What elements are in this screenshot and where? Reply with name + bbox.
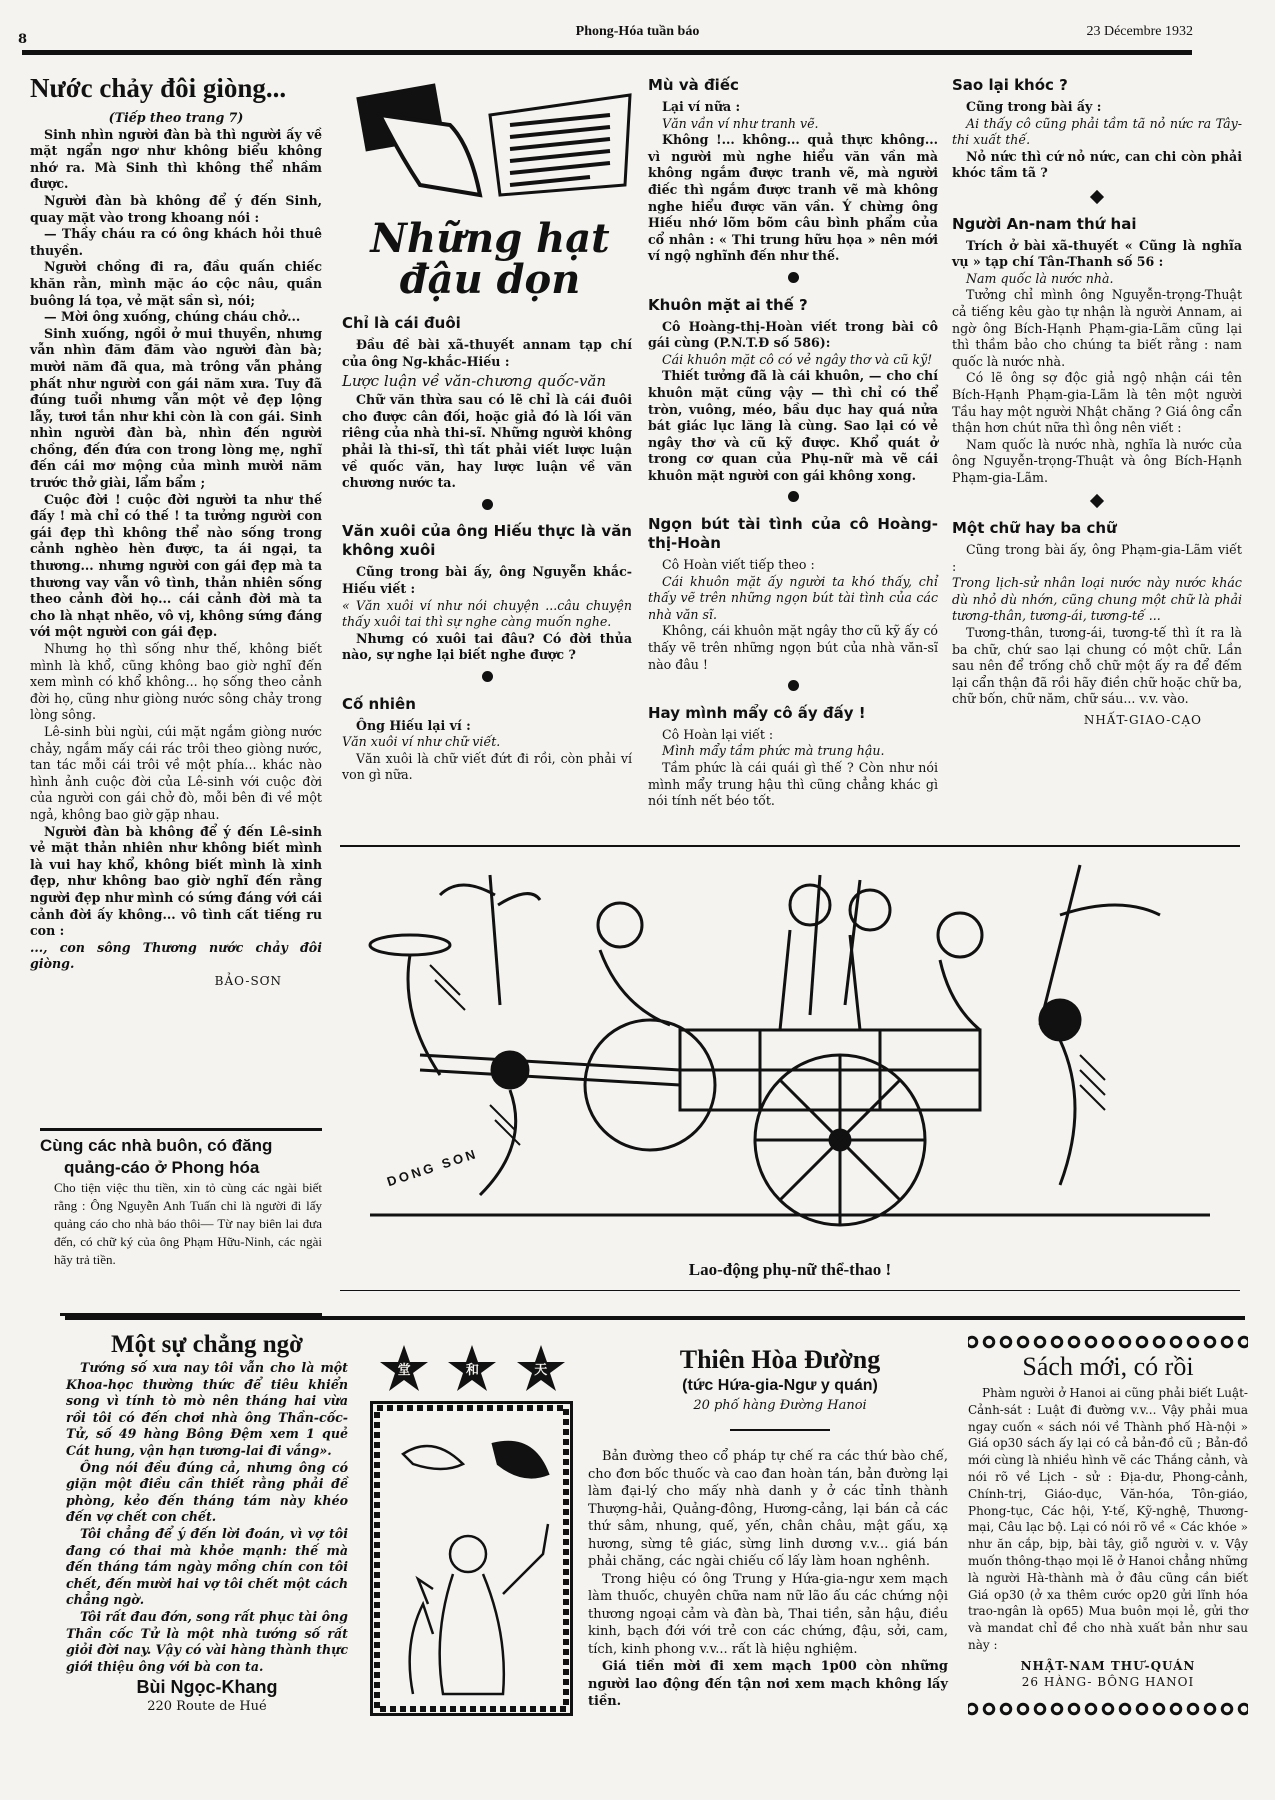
- issue-date: 23 Décembre 1932: [1086, 24, 1193, 40]
- section-paragraph: Tương-thân, tương-ái, tương-tế thì ít ra…: [952, 625, 1242, 708]
- section-paragraph: Nhưng có xuôi tai đâu? Có đời thủa nào, …: [342, 631, 632, 664]
- cartoon-caption: Lao-động phụ-nữ thể-thao !: [340, 1260, 1240, 1280]
- ads-top-rule: [65, 1316, 1245, 1320]
- story-paragraph: — Thầy cháu ra có ông khách hỏi thuê thu…: [30, 226, 322, 259]
- section-heading: Khuôn mặt ai thế ?: [648, 296, 938, 315]
- section-paragraph: Lại ví nữa :: [648, 99, 938, 116]
- story-paragraph: Người đàn bà không để ý đến Lê-sinh vẻ m…: [30, 824, 322, 940]
- continued-note: (Tiếp theo trang 7): [30, 110, 322, 127]
- section-quote: Ai thấy cô cũng phải tầm tã nỏ nức ra Tâ…: [952, 116, 1242, 149]
- story-verse: ..., con sông Thương nước chảy đôi giòng…: [30, 940, 322, 973]
- section-quote: Nam quốc là nước nhà.: [952, 271, 1242, 288]
- sage-illustration: [370, 1401, 573, 1716]
- notice-top-rule: [40, 1128, 322, 1131]
- bullet-separator: [648, 271, 938, 288]
- cartoon-illustration: DONG SON: [340, 855, 1240, 1245]
- bullet-separator: [342, 670, 632, 687]
- section-paragraph: Chữ văn thừa sau có lẽ chỉ là cái đuôi c…: [342, 392, 632, 492]
- story-paragraph: Cuộc đời ! cuộc đời người ta như thế đấy…: [30, 492, 322, 641]
- section-heading: Người An-nam thứ hai: [952, 215, 1242, 234]
- ad-paragraph: Trong hiệu có ông Trung y Hứa-gia-ngư xe…: [588, 1571, 948, 1659]
- ad-paragraph: Tướng số xưa nay tôi vẫn cho là một Khoa…: [66, 1360, 348, 1460]
- section-paragraph: Có lẽ ông sợ độc giả ngộ nhận cái tên Bí…: [952, 370, 1242, 436]
- section-paragraph: Nỏ nức thì cứ nỏ nức, can chi còn phải k…: [952, 149, 1242, 182]
- notice-headline: quảng-cáo ở Phong hóa: [40, 1157, 322, 1179]
- ad-paragraph: Bản đường theo cổ pháp tự chế ra các thứ…: [588, 1448, 948, 1571]
- story-paragraph: Nhưng họ thì sống như thế, không biết mì…: [30, 641, 322, 724]
- story-paragraph: — Mời ông xuống, chúng cháu chở...: [30, 309, 322, 326]
- ad-paragraph: Giá tiền mời đi xem mạch 1p00 còn những …: [588, 1658, 948, 1711]
- ad-title: Một sự chẳng ngờ: [66, 1330, 348, 1360]
- newspaper-title: Phong-Hóa tuần báo: [0, 24, 1275, 40]
- story-title: Nước chảy đôi giòng...: [30, 72, 322, 104]
- column-3: Mù và điếc Lại ví nữa : Văn vần ví như t…: [648, 68, 938, 810]
- section-paragraph: Tưởng chỉ mình ông Nguyễn-trọng-Thuật cả…: [952, 287, 1242, 370]
- story-column: Nước chảy đôi giòng... (Tiếp theo trang …: [30, 68, 322, 989]
- ad-paragraph: Ông nói đều đúng cả, nhưng ông có giặn m…: [66, 1460, 348, 1526]
- section-paragraph: Tầm phức là cái quái gì thế ? Còn như nó…: [648, 760, 938, 810]
- section-paragraph: Đầu đề bài xã-thuyết annam tạp chí của ô…: [342, 337, 632, 370]
- section-quote: « Văn xuôi ví như nói chuyện ...câu chuy…: [342, 598, 632, 631]
- ad-signature: Bùi Ngọc-Khang: [66, 1675, 348, 1699]
- banner-title: đậu dọn: [340, 259, 640, 301]
- bullet-separator: [648, 679, 938, 696]
- section-paragraph: Cô Hoàn lại viết :: [648, 727, 938, 744]
- women-pushing-cart-icon: [340, 855, 1240, 1245]
- section-paragraph: Thiết tưởng đã là cái khuôn, — cho chí k…: [648, 368, 938, 484]
- star-icon: 堂: [379, 1345, 429, 1393]
- masthead-rule: [22, 50, 1192, 55]
- section-quote: Trong lịch-sử nhân loại nước này nước kh…: [952, 575, 1242, 625]
- ad-paragraph: Phàm người ở Hanoi ai cũng phải biết Luậ…: [968, 1385, 1248, 1654]
- section-paragraph: Cũng trong bài ấy, ông Nguyễn khắc-Hiếu …: [342, 564, 632, 597]
- star-icon: 天: [516, 1345, 566, 1393]
- ad-title: Thiên Hòa Đường: [600, 1345, 960, 1375]
- pharmacy-ad: Thiên Hòa Đường (tức Hứa-gia-Ngư y quán)…: [600, 1345, 960, 1441]
- section-heading: Hay mình mẩy cô ấy đấy !: [648, 704, 938, 723]
- story-paragraph: Người chồng đi ra, đầu quấn chiếc khăn r…: [30, 259, 322, 309]
- section-heading: Ngọn bút tài tình của cô Hoàng-thị-Hoàn: [648, 515, 938, 553]
- section-paragraph: Không !... không... quả thực không... vì…: [648, 132, 938, 265]
- section-quote: Cái khuôn mặt cô có vẻ ngây thơ và cũ kỹ…: [648, 352, 938, 369]
- masthead: 8 Phong-Hóa tuần báo 23 Décembre 1932: [0, 0, 1275, 46]
- story-paragraph: Sinh xuống, ngồi ở mui thuyền, nhưng vẫn…: [30, 326, 322, 492]
- section-quote: Mình mẩy tầm phức mà trung hậu.: [648, 743, 938, 760]
- shop-logo: 堂 和 天: [370, 1345, 575, 1716]
- chain-border-bottom: [968, 1702, 1248, 1716]
- section-heading: Chỉ là cái đuôi: [342, 314, 632, 333]
- cartoon-top-rule: [340, 845, 1240, 847]
- star-icon: 和: [447, 1345, 497, 1393]
- notice-box: Cùng các nhà buôn, có đăng quảng-cáo ở P…: [40, 1135, 322, 1269]
- star-row: 堂 和 天: [370, 1345, 575, 1393]
- ad-divider: [730, 1429, 830, 1431]
- story-paragraph: Sinh nhìn người đàn bà thì người ấy về m…: [30, 127, 322, 193]
- cartoon-bottom-rule: [340, 1290, 1240, 1291]
- sage-with-deer-icon: [373, 1404, 570, 1713]
- section-paragraph: Cô Hoàn viết tiếp theo :: [648, 557, 938, 574]
- column-4: Sao lại khóc ? Cũng trong bài ấy : Ai th…: [952, 68, 1242, 729]
- section-paragraph: Ông Hiếu lại ví :: [342, 718, 632, 735]
- column-signature: NHẤT-GIAO-CẠO: [952, 712, 1242, 729]
- section-paragraph: Nam quốc là nước nhà, nghĩa là nước của …: [952, 437, 1242, 487]
- section-paragraph: Không, cái khuôn mặt ngây thơ cũ kỹ ấy c…: [648, 623, 938, 673]
- section-quote: Văn vần ví như tranh vẽ.: [648, 116, 938, 133]
- section-heading: Cố nhiên: [342, 695, 632, 714]
- section-heading: Một chữ hay ba chữ: [952, 519, 1242, 538]
- story-paragraph: Lê-sinh bùi ngùi, cúi mặt ngắm giòng nướ…: [30, 724, 322, 824]
- publisher-address: 26 HÀNG- BÔNG HANOI: [968, 1674, 1248, 1690]
- ad-paragraph: Tôi rất đau đớn, song rất phục tài ông T…: [66, 1609, 348, 1675]
- pharmacy-ad-body: Bản đường theo cổ pháp tự chế ra các thứ…: [588, 1448, 948, 1711]
- section-heading: Văn xuôi của ông Hiếu thực là văn không …: [342, 522, 632, 560]
- diamond-separator: [952, 190, 1242, 207]
- section-paragraph: Cô Hoàng-thị-Hoàn viết trong bài cô gái …: [648, 319, 938, 352]
- section-heading: Sao lại khóc ?: [952, 76, 1242, 95]
- banner-title: Những hạt: [340, 219, 640, 259]
- notice-headline: Cùng các nhà buôn, có đăng: [40, 1135, 322, 1157]
- ad-title: Sách mới, có rồi: [968, 1349, 1248, 1385]
- story-signature: BẢO-SƠN: [30, 973, 322, 990]
- notice-body: Cho tiện việc thu tiền, xin tỏ cùng các …: [40, 1179, 322, 1269]
- banner-illustration: Những hạt đậu dọn: [340, 75, 640, 275]
- bullet-separator: [342, 498, 632, 515]
- diamond-separator: [952, 494, 1242, 511]
- ad-subtitle: (tức Hứa-gia-Ngư y quán): [600, 1375, 960, 1397]
- section-quote: Lược luận về văn-chương quốc-văn: [342, 370, 632, 392]
- section-paragraph: Cũng trong bài ấy, ông Phạm-gia-Lãm viết…: [952, 542, 1242, 575]
- section-paragraph: Trích ở bài xã-thuyết « Cũng là nghĩa vụ…: [952, 238, 1242, 271]
- section-quote: Cái khuôn mặt ấy người ta khó thấy, chỉ …: [648, 574, 938, 624]
- publisher-name: NHẬT-NAM THƯ-QUÁN: [968, 1658, 1248, 1674]
- column-2: Chỉ là cái đuôi Đầu đề bài xã-thuyết ann…: [342, 306, 632, 784]
- ad-paragraph: Tôi chẳng để ý đến lời đoán, vì vợ tôi đ…: [66, 1526, 348, 1609]
- hand-with-papers-icon: [340, 75, 640, 215]
- section-heading: Mù và điếc: [648, 76, 938, 95]
- section-quote: Văn xuôi ví như chữ viết.: [342, 734, 632, 751]
- ad-address: 20 phố hàng Đường Hanoi: [600, 1397, 960, 1415]
- story-paragraph: Người đàn bà không để ý đến Sinh, quay m…: [30, 193, 322, 226]
- bullet-separator: [648, 490, 938, 507]
- ad-address: 220 Route de Hué: [66, 1699, 348, 1716]
- section-paragraph: Văn xuôi là chữ viết đứt đi rồi, còn phả…: [342, 751, 632, 784]
- book-ad-body: Phàm người ở Hanoi ai cũng phải biết Luậ…: [968, 1385, 1248, 1654]
- book-ad: Sách mới, có rồi Phàm người ở Hanoi ai c…: [968, 1335, 1248, 1716]
- testimonial-ad: Một sự chẳng ngờ Tướng số xưa nay tôi vẫ…: [66, 1330, 348, 1716]
- chain-border-top: [968, 1335, 1248, 1349]
- section-paragraph: Cũng trong bài ấy :: [952, 99, 1242, 116]
